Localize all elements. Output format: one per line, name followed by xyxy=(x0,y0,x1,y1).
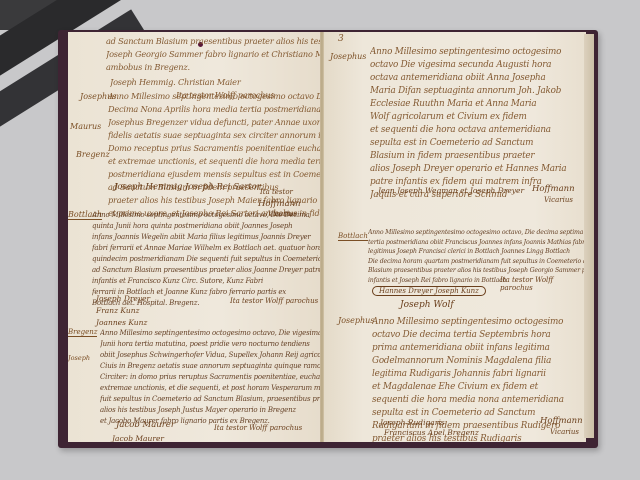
text-line: Maria Difan septuaginta annorum Joh. Jak… xyxy=(370,85,566,98)
text-line: legitimus Joseph Francisci clerici in Bo… xyxy=(368,247,586,257)
witness-signature: Hannes Dreyer Joseph Kunz xyxy=(372,286,486,296)
priest-signature: Vicarius xyxy=(550,428,579,436)
priest-signature: Ita testor Wolff parochus xyxy=(500,276,586,292)
priest-signature: Hoffmann xyxy=(258,199,301,209)
entry-heading: Joseph Wolf xyxy=(400,300,454,310)
text-line: Domo receptus prius Sacramentis poeniten… xyxy=(108,142,322,155)
witness-signature: Jean Joseph Wegman et Joseph Dreyer xyxy=(378,186,524,195)
priest-signature: Ita testor Wolff parochus xyxy=(214,424,302,432)
margin-note: Josephus xyxy=(338,316,374,325)
text-line: octavo Die decima tertia Septembris hora xyxy=(372,329,564,342)
entry-text: Anno Millesimo septingentesimo octogesim… xyxy=(370,46,566,202)
text-line: fabri ferrarii et Annae Mariae Wilhelm e… xyxy=(92,243,322,254)
page-edge xyxy=(584,34,594,438)
priest-signature: Vicarius xyxy=(544,196,573,204)
margin-note: Maurus xyxy=(70,122,101,131)
text-line: infans Joannis Wegelin abiit Maria filiu… xyxy=(92,232,322,243)
text-line: octava antemeridiana obiit Anna Josepha xyxy=(370,72,566,85)
text-line: Blasium in fidem praesentibus praeter xyxy=(370,150,566,163)
text-line: ad Sanctum Blasium praesentibus praeter … xyxy=(106,35,322,48)
text-line: octavo Die vigesima secunda Augusti hora xyxy=(370,59,566,72)
text-line: et Magdalenae Ehe Civium ex fidem et xyxy=(372,381,564,394)
text-line: extremae unctionis, et die sequenti, et … xyxy=(100,383,322,394)
text-line: obiit Josephus Schwingerhofer Vidua, Sup… xyxy=(100,350,322,361)
text-line: alios Joseph Dreyer operario et Hannes M… xyxy=(370,163,566,176)
priest-signature: Hoffmann xyxy=(532,184,575,194)
right-page: 3 Josephus Anno Millesimo septingentesim… xyxy=(324,32,586,442)
text-line: Anno Millesimo septingentesimo octogesim… xyxy=(370,46,566,59)
text-line: ad Sanctum Blasium praesentibus praeter … xyxy=(92,265,322,276)
witness-signature: Jacob Maurer xyxy=(112,434,164,442)
margin-note: Joseph xyxy=(68,354,90,362)
margin-note: Bottlach xyxy=(338,232,368,241)
text-line: Godelmannorum Nominis Magdalena filia xyxy=(372,355,564,368)
priest-signature: Ita testor Wolff parochus xyxy=(230,297,318,305)
text-line: Anno Millesimo septingentesimo octogesim… xyxy=(372,316,564,329)
text-line: sequenti die hora media nona antemeridia… xyxy=(372,394,564,407)
folio-number: 3 xyxy=(338,34,344,44)
witness-signature: Franciscus Apel Bregenz xyxy=(384,428,479,437)
margin-note: Josephus xyxy=(330,52,366,61)
witness-signature: Joannes Kunz xyxy=(96,318,147,327)
text-line: ambobus in Bregenz. xyxy=(106,61,322,74)
text-line: Josephus Bregenzer vidua defuncti, pater… xyxy=(108,116,322,129)
priest-signature: Ita testor xyxy=(260,188,293,196)
text-line: Anno Millesimo septingentesimo octogesim… xyxy=(108,90,322,103)
entry-text: Anno Millesimo septingentesimo octogesim… xyxy=(100,328,322,427)
priest-signature: Hoffmann xyxy=(540,416,583,426)
text-line: Wolf agricolarum et Civium ex fidem xyxy=(370,111,566,124)
text-line: fidelis aetatis suae septuaginta sex cir… xyxy=(108,129,322,142)
text-line: Blasium praesentibus praeter alios his t… xyxy=(368,266,586,276)
text-line: Die decima horam quartam postmeridianam … xyxy=(368,257,586,267)
text-line: Anno Millesimo septingentesimo octogesim… xyxy=(92,210,322,221)
text-line: tertia postmeridiana obiit Franciscus Jo… xyxy=(368,238,586,248)
left-page: ad Sanctum Blasium praesentibus praeter … xyxy=(68,32,322,442)
text-line: legitima Rudigaris Johannis fabri lignar… xyxy=(372,368,564,381)
text-line: alios his testibus Joseph Justus Mayer o… xyxy=(100,405,322,416)
text-line: sepulta est in Coemeterio ad Sanctum xyxy=(370,137,566,150)
text-line: Joseph Georgio Sammer fabro lignario et … xyxy=(106,48,322,61)
text-line: Anno Millesimo septingentesimo octogesim… xyxy=(368,228,586,238)
text-line: Circiter: in domo prius reruptus Sacrame… xyxy=(100,372,322,383)
text-line: et extremae unctionis, et sequenti die h… xyxy=(108,155,322,168)
text-line: quindecim postmeridianam Die sequenti fu… xyxy=(92,254,322,265)
text-line: Junii hora tertia matutina, poest pridie… xyxy=(100,339,322,350)
text-line: prima antemeridiana obiit infans legitim… xyxy=(372,342,564,355)
text-line: Decima Nona Aprilis hora media tertia po… xyxy=(108,103,322,116)
witness-signature: Joseph Rudigaris xyxy=(380,418,445,427)
text-line: fuit sepultus in Coemeterio ad Sanctum B… xyxy=(100,394,322,405)
text-line: postmeridiana ejusdem mensis sepultus es… xyxy=(108,168,322,181)
text-line: quinta Junii hora quinta postmeridiana o… xyxy=(92,221,322,232)
witness-signature: Joseph Hemmig Joseph Rei Sartor xyxy=(114,182,261,192)
witness-signature: Franz Kunz xyxy=(96,306,139,315)
margin-note: Bregenz xyxy=(76,150,110,159)
signature-line: Joseph Hemmig. Christian Maier xyxy=(110,76,322,89)
witness-signature: Joseph Dreyer xyxy=(96,294,150,303)
text-line: Anno Millesimo septingentesimo octogesim… xyxy=(100,328,322,339)
text-line: Ecclesiae Ruuthn Maria et Anna Maria xyxy=(370,98,566,111)
text-line: et sequenti die hora octava antemeridian… xyxy=(370,124,566,137)
witness-signature: Jacob Maurer xyxy=(116,420,175,430)
margin-note: Bregenz xyxy=(68,328,97,337)
text-line: Ciuis in Bregenz aetatis suae annorum se… xyxy=(100,361,322,372)
text-line: infantis et Francisco Kunz Circ. Sutore,… xyxy=(92,276,322,287)
